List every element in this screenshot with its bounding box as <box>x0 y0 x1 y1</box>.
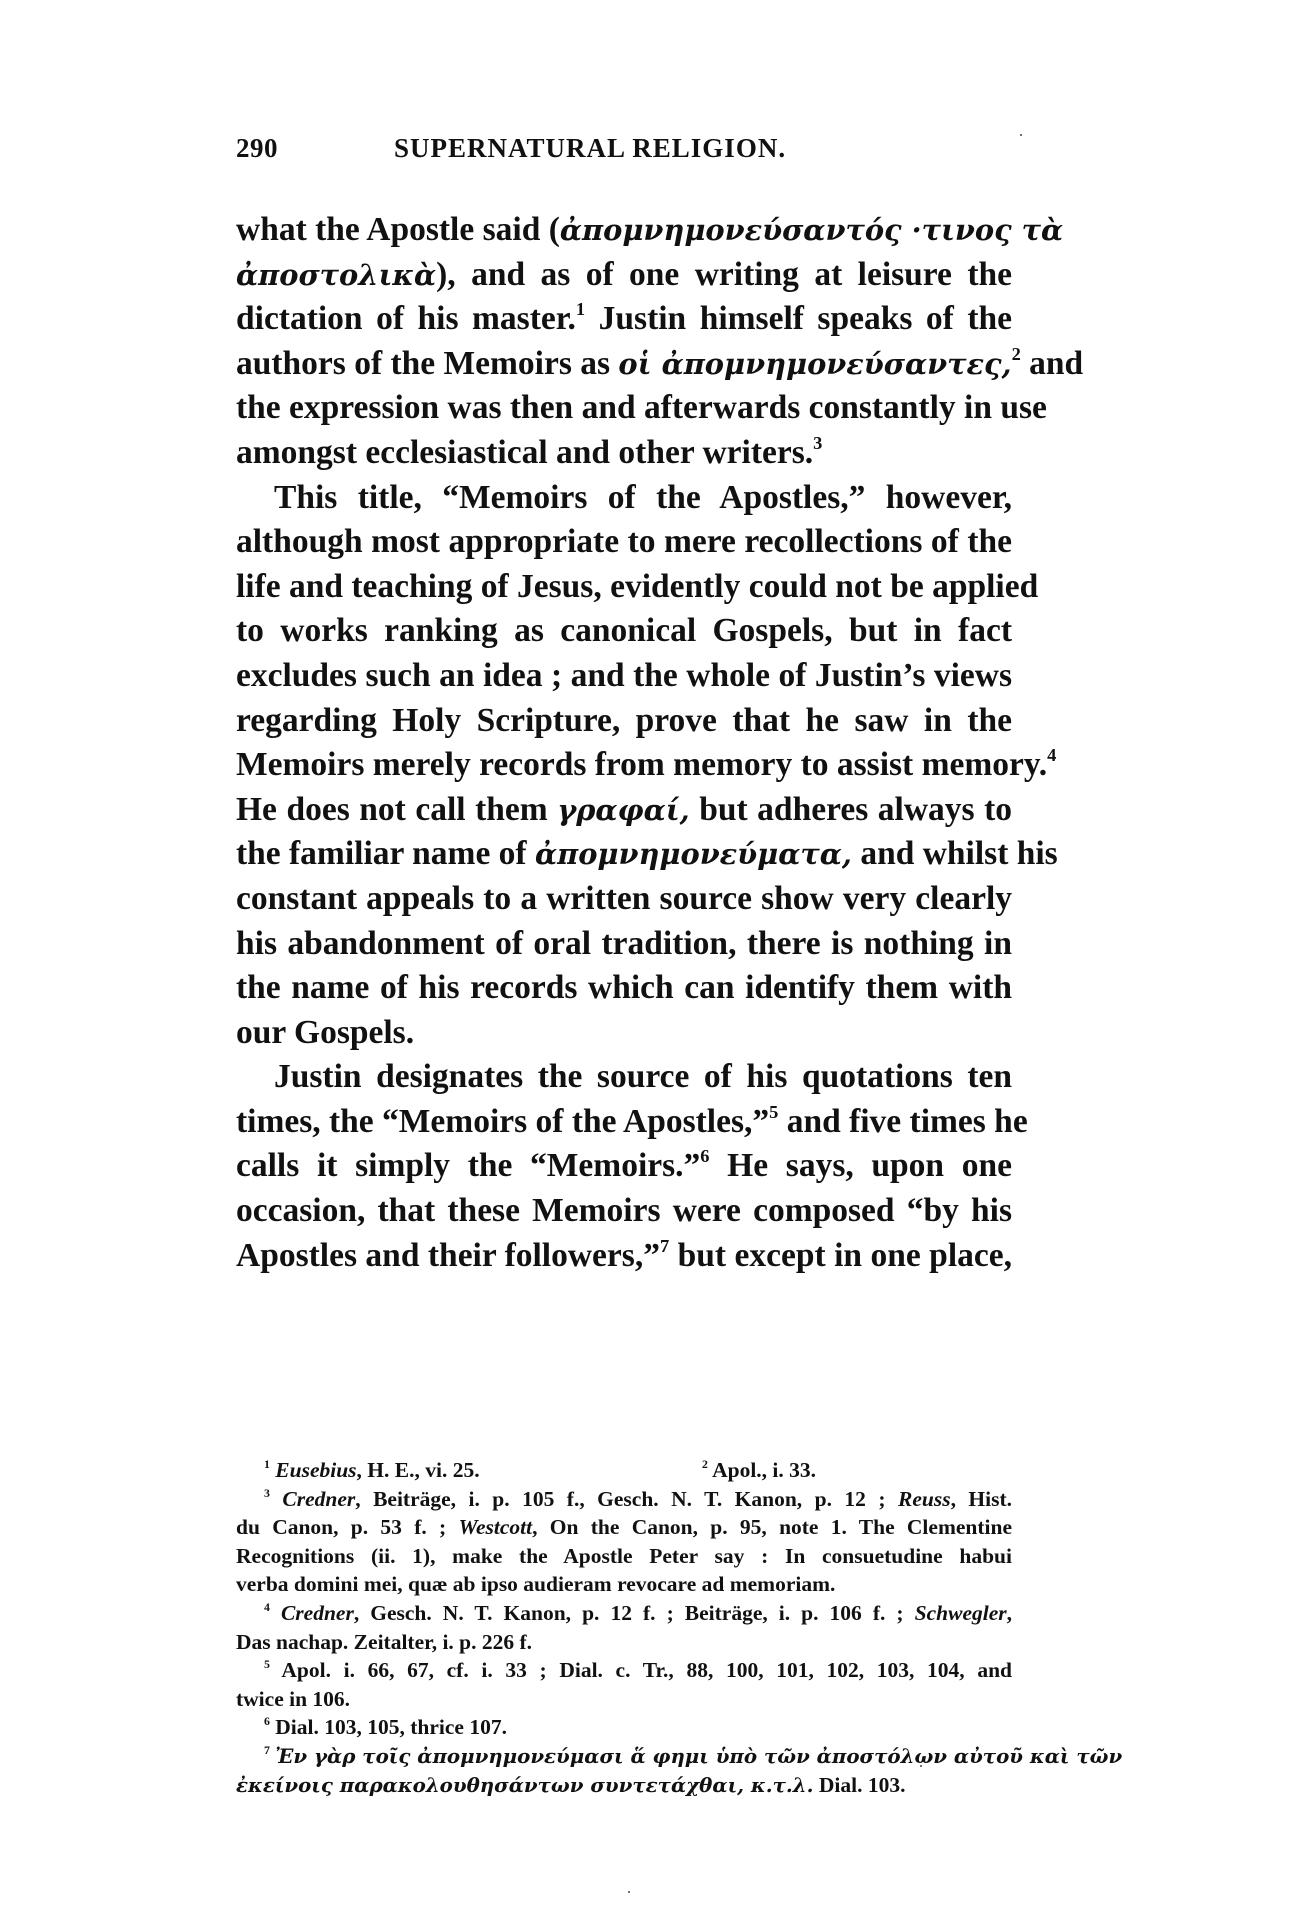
scan-speck <box>1020 134 1022 136</box>
text-line: although most appropriate to mere recoll… <box>236 520 1012 565</box>
text-line: amongst ecclesiastical and other writers… <box>236 431 1012 476</box>
text-line: authors of the Memoirs as οἱ ἀπομνημονεύ… <box>236 342 1012 387</box>
text-run: occasion, that these Memoirs were compos… <box>236 1192 1012 1229</box>
text-run: authors of the Memoirs as <box>236 345 618 382</box>
footnote-line: du Canon, p. 53 f. ; Westcott, On the Ca… <box>236 1513 1012 1542</box>
text-run: and whilst his <box>852 835 1058 872</box>
scan-speck <box>628 1891 630 1893</box>
text-line: He does not call them γραφαί, but adhere… <box>236 788 1012 833</box>
text-run: the expression was then and afterwards c… <box>236 389 1047 426</box>
greek-text: ἀπομνημονεύματα, <box>535 837 852 871</box>
text-run: constant appeals to a written source sho… <box>236 880 1012 917</box>
text-run: Justin designates the source of his quot… <box>274 1058 1012 1095</box>
footnote-ref: 5 <box>769 1102 778 1122</box>
footnote-line: verba domini mei, quæ ab ipso audieram r… <box>236 1570 1012 1599</box>
footnote-1: 1 Eusebius, H. E., vi. 25. <box>264 1458 480 1482</box>
text-run: amongst ecclesiastical and other writers… <box>236 434 813 471</box>
text-run: This title, “Memoirs of the Apostles,” h… <box>274 479 1012 516</box>
text-run: although most appropriate to mere recoll… <box>236 523 1012 560</box>
text-line: Justin designates the source of his quot… <box>236 1055 1012 1100</box>
running-head: 290 SUPERNATURAL RELIGION. <box>236 133 1012 169</box>
text-run: , Gesch. N. T. Kanon, p. 12 f. ; Beiträg… <box>354 1601 915 1625</box>
text-run: regarding Holy Scripture, prove that he … <box>236 702 1012 739</box>
text-line: Memoirs merely records from memory to as… <box>236 743 1012 788</box>
paragraph: This title, “Memoirs of the Apostles,” h… <box>236 476 1012 1056</box>
text-line: his abandonment of oral tradition, there… <box>236 922 1012 967</box>
text-run: , Hist. <box>951 1487 1012 1511</box>
text-run: life and teaching of Jesus, evidently co… <box>236 568 1038 605</box>
footnote-ref: 3 <box>813 433 822 453</box>
text-run: twice in 106. <box>236 1687 350 1711</box>
text-run: Recognitions (ii. 1), make the Apostle P… <box>236 1544 1012 1568</box>
greek-text: ἀποστολικὰ <box>236 258 436 292</box>
greek-text: γραφαί, <box>557 793 690 827</box>
text-line: the name of his records which can identi… <box>236 966 1012 1011</box>
text-line: the expression was then and afterwards c… <box>236 386 1012 431</box>
greek-text: οἱ ἀπομνημονεύσαντες, <box>618 347 1011 381</box>
footnotes: 1 Eusebius, H. E., vi. 25.2 Apol., i. 33… <box>236 1456 1012 1799</box>
footnote-ref: 2 <box>1012 344 1021 364</box>
text-run: Apol. i. 66, 67, cf. i. 33 ; Dial. c. Tr… <box>270 1658 1012 1682</box>
text-line: times, the “Memoirs of the Apostles,”5 a… <box>236 1100 1012 1145</box>
scan-speck <box>920 1765 922 1767</box>
text-run: to works ranking as canonical Gospels, b… <box>236 612 1012 649</box>
text-run: Dial. 103, 105, thrice 107. <box>270 1715 507 1739</box>
text-line: life and teaching of Jesus, evidently co… <box>236 565 1012 610</box>
footnote-line: 5 Apol. i. 66, 67, cf. i. 33 ; Dial. c. … <box>236 1656 1012 1685</box>
text-run: , H. E., vi. 25. <box>357 1458 480 1482</box>
text-line: what the Apostle said (ἀπομνημονεύσαντός… <box>236 208 1012 253</box>
text-run: and five times he <box>778 1103 1027 1140</box>
book-page: 290 SUPERNATURAL RELIGION. what the Apos… <box>236 0 1012 1925</box>
text-run: , On the Canon, p. 95, note 1. The Cleme… <box>532 1515 1012 1539</box>
text-run: but adheres always to <box>690 791 1012 828</box>
text-run: and <box>1021 345 1083 382</box>
text-run: dictation of his master. <box>236 300 576 337</box>
text-run: times, the “Memoirs of the Apostles,” <box>236 1103 769 1140</box>
text-line: calls it simply the “Memoirs.”6 He says,… <box>236 1144 1012 1189</box>
text-run: Das nachap. Zeitalter, i. p. 226 f. <box>236 1630 532 1654</box>
text-run: the familiar name of <box>236 835 535 872</box>
text-run: Memoirs merely records from memory to as… <box>236 746 1047 783</box>
text-line: our Gospels. <box>236 1011 1012 1056</box>
text-run: Justin himself speaks of the <box>585 300 1012 337</box>
text-line: ἀποστολικὰ), and as of one writing at le… <box>236 253 1012 298</box>
footnote-ref: 6 <box>700 1147 709 1167</box>
greek-text: Ἐν γὰρ τοῖς ἀπομνημονεύμασι ἅ φημι ὑπὸ τ… <box>275 1744 1122 1768</box>
greek-text: ἐκείνοις παρακολουθησάντων συντετάχθαι, … <box>236 1773 814 1797</box>
text-run: He does not call them <box>236 791 557 828</box>
text-line: This title, “Memoirs of the Apostles,” h… <box>236 476 1012 521</box>
text-run <box>270 1601 281 1625</box>
footnote-line: twice in 106. <box>236 1685 1012 1714</box>
text-line: regarding Holy Scripture, prove that he … <box>236 699 1012 744</box>
footnote-line: Das nachap. Zeitalter, i. p. 226 f. <box>236 1628 1012 1657</box>
text-run <box>270 1487 282 1511</box>
footnote-ref: 4 <box>1047 745 1056 765</box>
text-run: , Beiträge, i. p. 105 f., Gesch. N. T. K… <box>355 1487 898 1511</box>
text-run: calls it simply the “Memoirs.” <box>236 1147 700 1184</box>
text-run: excludes such an idea ; and the whole of… <box>236 657 1012 694</box>
text-run: Apol., i. 33. <box>708 1458 816 1482</box>
footnote-ref: 7 <box>660 1236 669 1256</box>
text-run: Apostles and their followers,” <box>236 1237 660 1274</box>
footnote-line: 7 Ἐν γὰρ τοῖς ἀπομνημονεύμασι ἅ φημι ὑπὸ… <box>236 1742 1012 1771</box>
text-run: our Gospels. <box>236 1014 414 1051</box>
text-line: occasion, that these Memoirs were compos… <box>236 1189 1012 1234</box>
author-name: Reuss <box>898 1487 951 1511</box>
footnote-2: 2 Apol., i. 33. <box>702 1456 816 1485</box>
text-run: what the Apostle said ( <box>236 211 560 248</box>
text-run: , <box>1007 1601 1012 1625</box>
author-name: Westcott <box>458 1515 532 1539</box>
text-run: but except in one place, <box>669 1237 1012 1274</box>
body-text: what the Apostle said (ἀπομνημονεύσαντός… <box>236 208 1012 1278</box>
text-run: the name of his records which can identi… <box>236 969 1012 1006</box>
text-line: excludes such an idea ; and the whole of… <box>236 654 1012 699</box>
paragraph: Justin designates the source of his quot… <box>236 1055 1012 1278</box>
text-run: du Canon, p. 53 f. ; <box>236 1515 458 1539</box>
author-name: Eusebius <box>275 1458 356 1482</box>
footnote-line: 4 Credner, Gesch. N. T. Kanon, p. 12 f. … <box>236 1599 1012 1628</box>
footnote-line: 3 Credner, Beiträge, i. p. 105 f., Gesch… <box>236 1485 1012 1514</box>
text-run: verba domini mei, quæ ab ipso audieram r… <box>236 1572 835 1596</box>
text-line: to works ranking as canonical Gospels, b… <box>236 609 1012 654</box>
author-name: Schwegler <box>915 1601 1007 1625</box>
footnote-line: Recognitions (ii. 1), make the Apostle P… <box>236 1542 1012 1571</box>
text-line: Apostles and their followers,”7 but exce… <box>236 1234 1012 1279</box>
author-name: Credner <box>282 1487 355 1511</box>
text-run: his abandonment of oral tradition, there… <box>236 925 1012 962</box>
paragraph: what the Apostle said (ἀπομνημονεύσαντός… <box>236 208 1012 476</box>
footnote-line: 1 Eusebius, H. E., vi. 25.2 Apol., i. 33… <box>236 1456 1012 1485</box>
footnote-line: 6 Dial. 103, 105, thrice 107. <box>236 1713 1012 1742</box>
text-run: Dial. 103. <box>814 1773 906 1797</box>
text-line: the familiar name of ἀπομνημονεύματα, an… <box>236 832 1012 877</box>
greek-text: ἀπομνημονεύσαντός ·τινος τὰ <box>560 213 1063 247</box>
running-title: SUPERNATURAL RELIGION. <box>394 133 786 164</box>
text-run: He says, upon one <box>710 1147 1013 1184</box>
footnote-ref: 1 <box>576 299 585 319</box>
footnote-line: ἐκείνοις παρακολουθησάντων συντετάχθαι, … <box>236 1771 1012 1800</box>
text-run: ), and as of one writing at leisure the <box>436 256 1012 293</box>
text-line: constant appeals to a written source sho… <box>236 877 1012 922</box>
author-name: Credner <box>281 1601 354 1625</box>
page-number: 290 <box>236 133 278 164</box>
text-line: dictation of his master.1 Justin himself… <box>236 297 1012 342</box>
